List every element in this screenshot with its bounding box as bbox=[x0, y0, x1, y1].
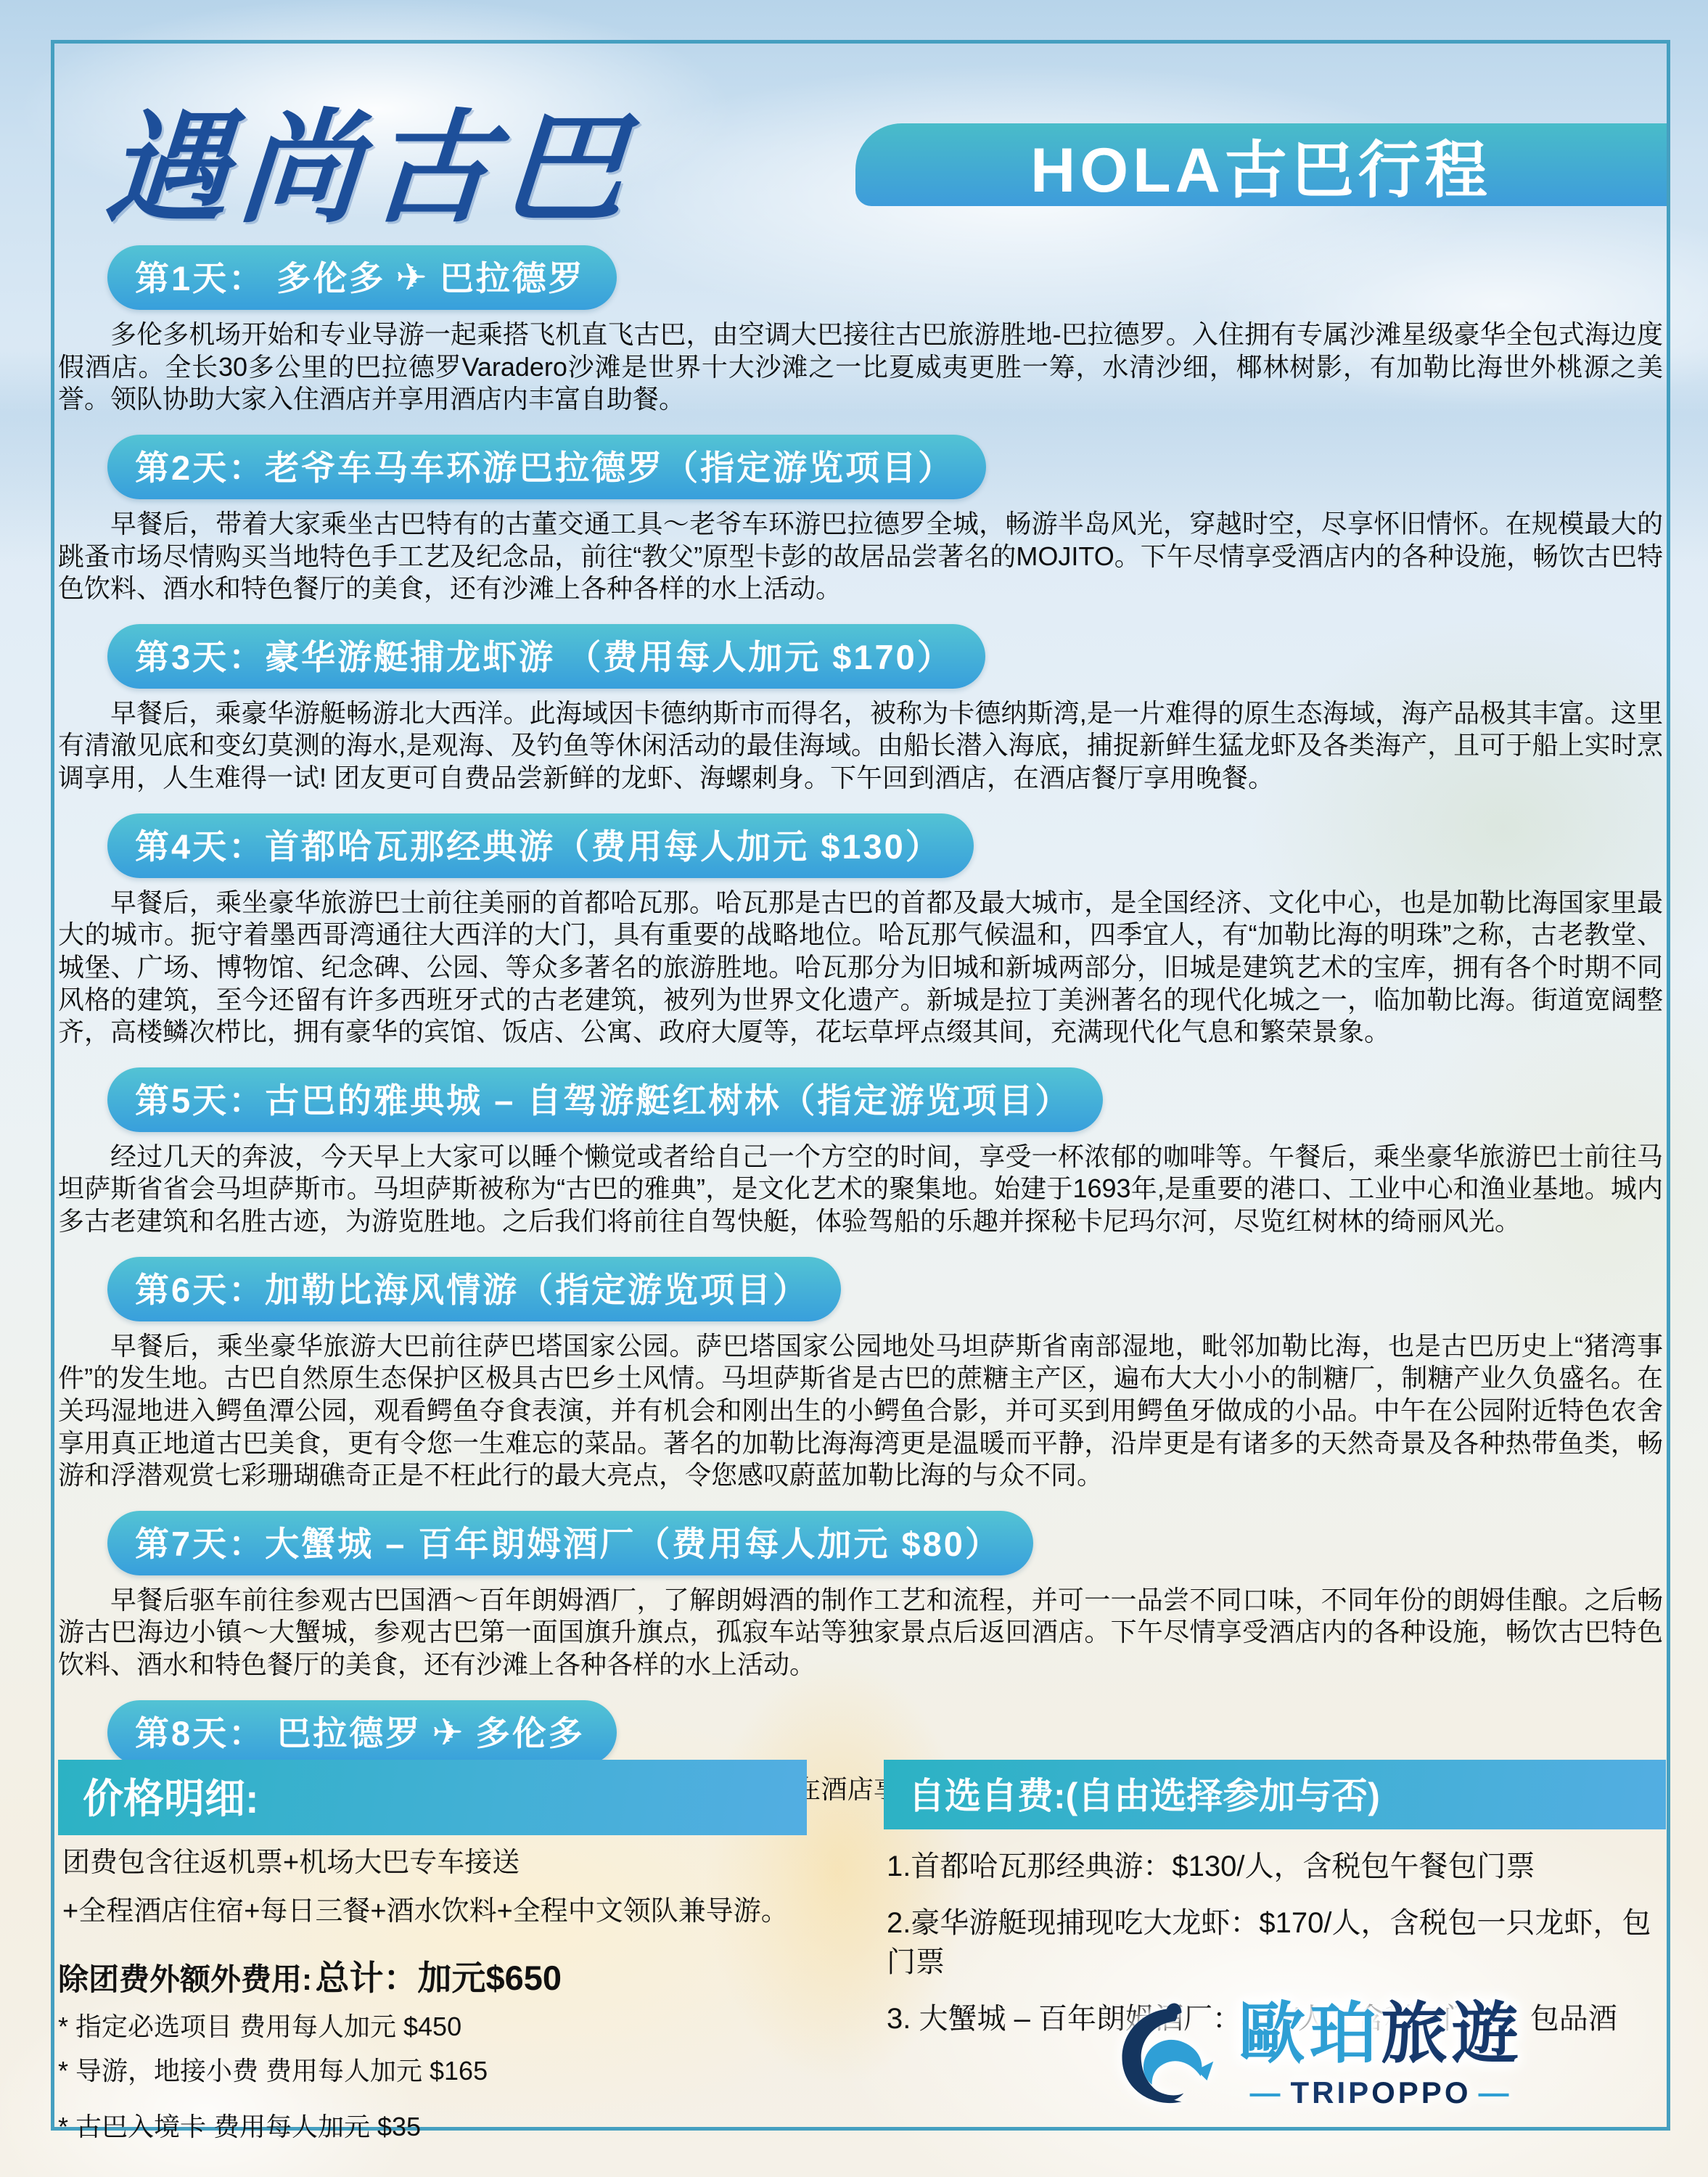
day-1-section: 第1天： 多伦多✈巴拉德罗 多伦多机场开始和专业导游一起乘搭飞机直飞古巴，由空调… bbox=[58, 231, 1666, 416]
extra-cost-label: 除团费外额外费用: bbox=[58, 1962, 312, 1996]
day-2-description: 早餐后，带着大家乘坐古巴特有的古董交通工具～老爷车环游巴拉德罗全城，畅游半岛风光… bbox=[58, 508, 1663, 605]
dolphin-icon bbox=[1114, 2002, 1220, 2108]
day-7-section: 第7天：大蟹城 – 百年朗姆酒厂（费用每人加元 $80） 早餐后驱车前往参观古巴… bbox=[58, 1496, 1666, 1681]
itinerary-banner: HOLA古巴行程 bbox=[855, 123, 1667, 206]
day-1-header: 第1天： 多伦多✈巴拉德罗 bbox=[107, 245, 617, 310]
price-note-3: * 古巴入境卡 费用每人加元 $35 bbox=[58, 2110, 807, 2144]
day-4-header: 第4天：首都哈瓦那经典游（费用每人加元 $130） bbox=[107, 813, 974, 878]
optional-tours-title: 自选自费:(自由选择参加与否) bbox=[908, 1776, 1380, 1816]
logo-en-trip: TRIP bbox=[1290, 2075, 1371, 2110]
day-4-description: 早餐后，乘坐豪华旅游巴士前往美丽的首都哈瓦那。哈瓦那是古巴的首都及最大城市，是全… bbox=[58, 887, 1663, 1049]
day-6-section: 第6天：加勒比海风情游（指定游览项目） 早餐后，乘坐豪华旅游大巴前往萨巴塔国家公… bbox=[58, 1242, 1666, 1492]
optional-item-2: 2.豪华游艇现捕现吃大龙虾：$170/人，含税包一只龙虾，包门票 bbox=[887, 1903, 1666, 1982]
day-7-description: 早餐后驱车前往参观古巴国酒～百年朗姆酒厂，了解朗姆酒的制作工艺和流程，并可一一品… bbox=[58, 1584, 1663, 1681]
day-2-header: 第2天：老爷车马车环游巴拉德罗（指定游览项目） bbox=[107, 435, 986, 499]
logo-cn-light: 歐珀 bbox=[1239, 1997, 1381, 2071]
logo-cn-dark: 旅遊 bbox=[1381, 1997, 1523, 2071]
optional-item-1: 1.首都哈瓦那经典游：$130/人，含税包午餐包门票 bbox=[887, 1847, 1666, 1886]
day-2-section: 第2天：老爷车马车环游巴拉德罗（指定游览项目） 早餐后，带着大家乘坐古巴特有的古… bbox=[58, 420, 1666, 605]
brand-calligraphy: 遇尚古巴 bbox=[102, 71, 642, 246]
price-note-1: * 指定必选项目 费用每人加元 $450 bbox=[58, 2010, 807, 2044]
itinerary-content: 第1天： 多伦多✈巴拉德罗 多伦多机场开始和专业导游一起乘搭飞机直飞古巴，由空调… bbox=[58, 231, 1666, 1842]
day-5-header: 第5天：古巴的雅典城 – 自驾游艇红树林（指定游览项目） bbox=[107, 1067, 1103, 1132]
day-1-label-right: 巴拉德罗 bbox=[440, 259, 585, 298]
price-includes-line-1: 团费包含往返机票+机场大巴专车接送 bbox=[62, 1842, 807, 1884]
day-6-header: 第6天：加勒比海风情游（指定游览项目） bbox=[107, 1257, 841, 1321]
extra-cost-total: 除团费外额外费用: 总计：加元$650 bbox=[58, 1951, 807, 2000]
logo-dash-left: — bbox=[1249, 2075, 1283, 2110]
tripoppo-logo: 歐珀旅遊 —TRIPOPPO— bbox=[1114, 1999, 1523, 2110]
price-note-2: * 导游，地接小费 费用每人加元 $165 bbox=[58, 2054, 807, 2088]
optional-tours-header: 自选自费:(自由选择参加与否) bbox=[884, 1760, 1666, 1829]
day-8-header: 第8天： 巴拉德罗✈多伦多 bbox=[107, 1700, 617, 1765]
day-1-label-left: 第1天： 多伦多 bbox=[135, 259, 385, 298]
extra-cost-value: 总计：加元$650 bbox=[315, 1959, 562, 1997]
price-details-header: 价格明细: bbox=[58, 1760, 807, 1835]
banner-title: HOLA古巴行程 bbox=[1030, 120, 1492, 210]
day-4-section: 第4天：首都哈瓦那经典游（费用每人加元 $130） 早餐后，乘坐豪华旅游巴士前往… bbox=[58, 799, 1666, 1049]
day-8-label-right: 多伦多 bbox=[476, 1714, 585, 1752]
cuba-itinerary-flyer: 遇尚古巴 HOLA古巴行程 第1天： 多伦多✈巴拉德罗 多伦多机场开始和专业导游… bbox=[0, 0, 1708, 2177]
day-7-header: 第7天：大蟹城 – 百年朗姆酒厂（费用每人加元 $80） bbox=[107, 1511, 1033, 1575]
plane-icon: ✈ bbox=[395, 256, 430, 300]
day-1-description: 多伦多机场开始和专业导游一起乘搭飞机直飞古巴，由空调大巴接往古巴旅游胜地-巴拉德… bbox=[58, 319, 1663, 416]
day-8-label-left: 第8天： 巴拉德罗 bbox=[135, 1714, 422, 1752]
price-includes-line-2: +全程酒店住宿+每日三餐+酒水饮料+全程中文领队兼导游。 bbox=[62, 1891, 807, 1932]
logo-english-name: —TRIPOPPO— bbox=[1239, 2075, 1523, 2110]
day-3-description: 早餐后，乘豪华游艇畅游北大西洋。此海域因卡德纳斯市而得名，被称为卡德纳斯湾,是一… bbox=[58, 697, 1663, 795]
logo-en-oppo: OPPO bbox=[1371, 2075, 1471, 2110]
day-6-description: 早餐后，乘坐豪华旅游大巴前往萨巴塔国家公园。萨巴塔国家公园地处马坦萨斯省南部湿地… bbox=[58, 1330, 1663, 1492]
logo-chinese-name: 歐珀旅遊 bbox=[1239, 1999, 1523, 2070]
price-details-title: 价格明细: bbox=[83, 1776, 259, 1821]
logo-dash-right: — bbox=[1479, 2075, 1512, 2110]
price-details-section: 价格明细: 团费包含往返机票+机场大巴专车接送 +全程酒店住宿+每日三餐+酒水饮… bbox=[58, 1760, 807, 2144]
logo-text: 歐珀旅遊 —TRIPOPPO— bbox=[1239, 1999, 1523, 2110]
day-5-description: 经过几天的奔波，今天早上大家可以睡个懒觉或者给自己一个方空的时间，享受一杯浓郁的… bbox=[58, 1141, 1663, 1238]
plane-icon: ✈ bbox=[432, 1711, 466, 1755]
day-3-header: 第3天：豪华游艇捕龙虾游 （费用每人加元 $170） bbox=[107, 624, 985, 689]
day-3-section: 第3天：豪华游艇捕龙虾游 （费用每人加元 $170） 早餐后，乘豪华游艇畅游北大… bbox=[58, 610, 1666, 795]
day-5-section: 第5天：古巴的雅典城 – 自驾游艇红树林（指定游览项目） 经过几天的奔波，今天早… bbox=[58, 1053, 1666, 1238]
